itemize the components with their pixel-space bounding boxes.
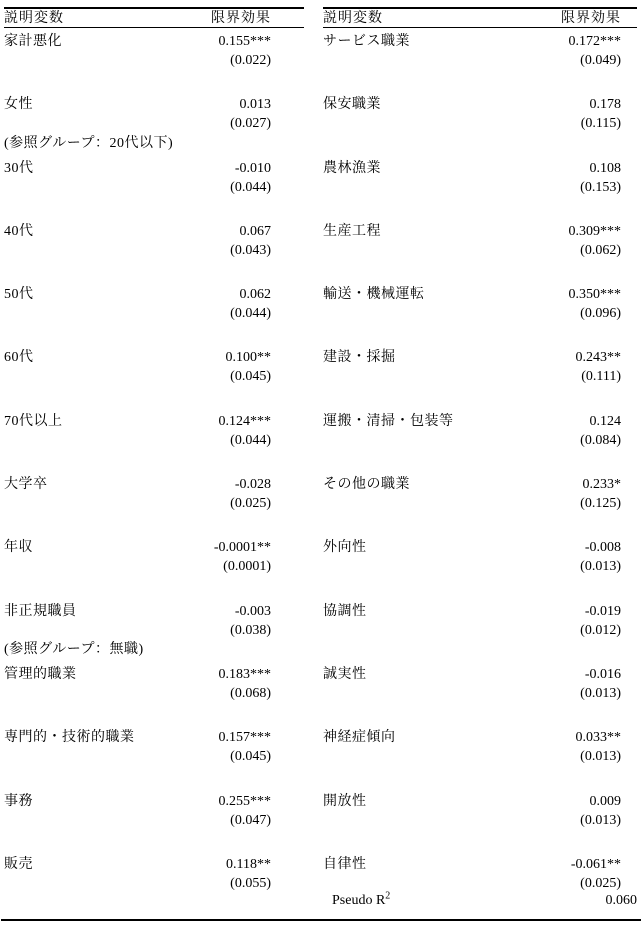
table-row: 大学卒-0.028(0.025) [4, 471, 304, 534]
row-se-line: (0.012) [323, 621, 637, 640]
row-value: -0.008 [585, 538, 621, 557]
table-row: 30代-0.010(0.044) [4, 155, 304, 218]
row-label: 販売 [4, 855, 226, 874]
row-value-line: 神経症傾向0.033** [323, 728, 637, 747]
row-se-line: (0.045) [4, 367, 304, 386]
pseudo-r2-value: 0.060 [606, 890, 638, 912]
table-row: 60代0.100**(0.045) [4, 344, 304, 407]
table-row: 50代0.062(0.044) [4, 281, 304, 344]
row-value-line: 専門的・技術的職業0.157*** [4, 728, 304, 747]
row-value-line: 運搬・清掃・包装等0.124 [323, 412, 637, 431]
table-row: 40代0.067(0.043) [4, 218, 304, 281]
row-value-line: 農林漁業0.108 [323, 159, 637, 178]
row-label: 生産工程 [323, 222, 569, 241]
row-value: -0.019 [585, 602, 621, 621]
row-value: 0.108 [590, 159, 622, 178]
row-value-line: 40代0.067 [4, 222, 304, 241]
row-standard-error: (0.013) [580, 747, 621, 766]
row-standard-error: (0.125) [580, 494, 621, 513]
row-standard-error: (0.013) [580, 557, 621, 576]
table-header-left: 説明変数 限界効果 [4, 7, 304, 28]
row-se-line: (0.013) [323, 747, 637, 766]
row-label: 誠実性 [323, 665, 585, 684]
row-value-line: 年収-0.0001** [4, 538, 304, 557]
row-value-line: 30代-0.010 [4, 159, 304, 178]
row-standard-error: (0.013) [580, 684, 621, 703]
table-row: 運搬・清掃・包装等0.124(0.084) [323, 408, 637, 471]
row-standard-error: (0.045) [230, 367, 271, 386]
row-se-line: (0.096) [323, 304, 637, 323]
results-table-right: 説明変数 限界効果 サービス職業0.172***(0.049)保安職業0.178… [323, 7, 637, 912]
row-label: 協調性 [323, 602, 585, 621]
row-value: -0.010 [235, 159, 271, 178]
row-label: 女性 [4, 95, 240, 114]
pseudo-r2-row: Pseudo R20.060 [323, 890, 637, 912]
row-standard-error: (0.111) [581, 367, 621, 386]
row-standard-error: (0.153) [580, 178, 621, 197]
row-value-line: 輸送・機械運転0.350*** [323, 285, 637, 304]
row-label: 保安職業 [323, 95, 590, 114]
row-label: 50代 [4, 285, 240, 304]
row-standard-error: (0.044) [230, 431, 271, 450]
row-value-line: 外向性-0.008 [323, 538, 637, 557]
row-value: -0.016 [585, 665, 621, 684]
row-label: 事務 [4, 792, 219, 811]
pseudo-r2-superscript: 2 [385, 891, 390, 902]
row-value-line: 70代以上0.124*** [4, 412, 304, 431]
row-standard-error: (0.068) [230, 684, 271, 703]
row-value: 0.309*** [569, 222, 622, 241]
table-row: 輸送・機械運転0.350***(0.096) [323, 281, 637, 344]
row-label: 年収 [4, 538, 214, 557]
row-standard-error: (0.044) [230, 304, 271, 323]
row-value-line: 生産工程0.309*** [323, 222, 637, 241]
row-value: -0.003 [235, 602, 271, 621]
row-se-line: (0.013) [323, 557, 637, 576]
row-value: -0.0001** [214, 538, 271, 557]
row-value-line: 協調性-0.019 [323, 602, 637, 621]
row-value: 0.124 [590, 412, 622, 431]
row-label: 60代 [4, 348, 226, 367]
table-row: 年収-0.0001**(0.0001) [4, 534, 304, 597]
row-se-line: (0.038) [4, 621, 304, 640]
table-row: 生産工程0.309***(0.062) [323, 218, 637, 281]
row-se-line: (0.115) [323, 114, 637, 133]
row-value-line: 女性0.013 [4, 95, 304, 114]
row-standard-error: (0.045) [230, 747, 271, 766]
row-label: 30代 [4, 159, 235, 178]
row-label: 外向性 [323, 538, 585, 557]
table-row: 70代以上0.124***(0.044) [4, 408, 304, 471]
row-label: 運搬・清掃・包装等 [323, 412, 590, 431]
row-standard-error: (0.0001) [223, 557, 271, 576]
table-row: 農林漁業0.108(0.153) [323, 155, 637, 218]
row-se-line: (0.013) [323, 811, 637, 830]
row-standard-error: (0.022) [230, 51, 271, 70]
row-se-line: (0.0001) [4, 557, 304, 576]
row-value: 0.172*** [569, 32, 622, 51]
row-value-line: 管理的職業0.183*** [4, 665, 304, 684]
row-se-line: (0.044) [4, 431, 304, 450]
table-body-left: 家計悪化0.155***(0.022)女性0.013(0.027)(参照グループ… [4, 28, 304, 914]
row-se-line: (0.153) [323, 178, 637, 197]
row-standard-error: (0.043) [230, 241, 271, 260]
row-value: 0.183*** [219, 665, 272, 684]
col-header-variable: 説明変数 [4, 8, 64, 29]
table-row: 保安職業0.178(0.115) [323, 91, 637, 154]
row-standard-error: (0.055) [230, 874, 271, 893]
row-standard-error: (0.084) [580, 431, 621, 450]
table-header-right: 説明変数 限界効果 [323, 7, 637, 28]
row-se-line: (0.047) [4, 811, 304, 830]
row-label: 非正規職員 [4, 602, 235, 621]
row-label: サービス職業 [323, 32, 569, 51]
table-row: サービス職業0.172***(0.049) [323, 28, 637, 91]
row-standard-error: (0.115) [581, 114, 621, 133]
row-se-line: (0.062) [323, 241, 637, 260]
table-row: 事務0.255***(0.047) [4, 788, 304, 851]
row-se-line: (0.125) [323, 494, 637, 513]
row-label: 70代以上 [4, 412, 219, 431]
row-value-line: サービス職業0.172*** [323, 32, 637, 51]
paper-table-page: 説明変数 限界効果 家計悪化0.155***(0.022)女性0.013(0.0… [0, 0, 642, 928]
row-standard-error: (0.038) [230, 621, 271, 640]
row-value-line: 建設・採掘0.243** [323, 348, 637, 367]
table-row: 神経症傾向0.033**(0.013) [323, 724, 637, 787]
row-se-line: (0.049) [323, 51, 637, 70]
row-standard-error: (0.025) [230, 494, 271, 513]
row-value: 0.118** [226, 855, 271, 874]
row-se-line: (0.027) [4, 114, 304, 133]
row-label: 農林漁業 [323, 159, 590, 178]
row-label: 開放性 [323, 792, 590, 811]
row-se-line: (0.084) [323, 431, 637, 450]
table-row: 協調性-0.019(0.012) [323, 598, 637, 661]
row-se-line: (0.111) [323, 367, 637, 386]
row-value: 0.067 [240, 222, 272, 241]
table-row: 家計悪化0.155***(0.022) [4, 28, 304, 91]
reference-group-note: (参照グループ：無職) [4, 639, 304, 661]
row-standard-error: (0.049) [580, 51, 621, 70]
row-se-line: (0.045) [4, 747, 304, 766]
table-row: 専門的・技術的職業0.157***(0.045) [4, 724, 304, 787]
row-standard-error: (0.027) [230, 114, 271, 133]
row-value-line: 開放性0.009 [323, 792, 637, 811]
row-value: 0.124*** [219, 412, 272, 431]
row-value: -0.028 [235, 475, 271, 494]
row-se-line: (0.055) [4, 874, 304, 893]
reference-group-note: (参照グループ：20代以下) [4, 133, 304, 155]
row-label: 専門的・技術的職業 [4, 728, 219, 747]
row-label: 自律性 [323, 855, 571, 874]
row-se-line: (0.022) [4, 51, 304, 70]
row-standard-error: (0.044) [230, 178, 271, 197]
table-bottom-rule [1, 919, 641, 921]
table-row: 管理的職業0.183***(0.068) [4, 661, 304, 724]
col-header-variable: 説明変数 [323, 8, 383, 29]
row-value: 0.178 [590, 95, 622, 114]
row-label: 管理的職業 [4, 665, 219, 684]
table-row: 誠実性-0.016(0.013) [323, 661, 637, 724]
row-value-line: 60代0.100** [4, 348, 304, 367]
row-label: その他の職業 [323, 475, 583, 494]
row-label: 輸送・機械運転 [323, 285, 569, 304]
row-value-line: 家計悪化0.155*** [4, 32, 304, 51]
row-standard-error: (0.012) [580, 621, 621, 640]
row-value-line: 誠実性-0.016 [323, 665, 637, 684]
row-se-line: (0.044) [4, 304, 304, 323]
row-se-line: (0.013) [323, 684, 637, 703]
row-label: 40代 [4, 222, 240, 241]
row-value: 0.350*** [569, 285, 622, 304]
row-value: 0.243** [576, 348, 622, 367]
row-value: 0.255*** [219, 792, 272, 811]
row-se-line: (0.044) [4, 178, 304, 197]
row-value-line: 販売0.118** [4, 855, 304, 874]
row-value-line: その他の職業0.233* [323, 475, 637, 494]
row-value: 0.033** [576, 728, 622, 747]
col-header-marginal-effect: 限界効果 [211, 8, 271, 29]
pseudo-r2-label: Pseudo R2 [332, 890, 606, 912]
row-value: -0.061** [571, 855, 621, 874]
row-se-line: (0.043) [4, 241, 304, 260]
row-value: 0.157*** [219, 728, 272, 747]
row-value: 0.062 [240, 285, 272, 304]
row-label: 大学卒 [4, 475, 235, 494]
row-value: 0.155*** [219, 32, 272, 51]
results-table-left: 説明変数 限界効果 家計悪化0.155***(0.022)女性0.013(0.0… [4, 7, 304, 914]
row-label: 建設・採掘 [323, 348, 576, 367]
row-value: 0.233* [583, 475, 622, 494]
row-value: 0.009 [590, 792, 622, 811]
row-value: 0.013 [240, 95, 272, 114]
table-row: 開放性0.009(0.013) [323, 788, 637, 851]
row-standard-error: (0.096) [580, 304, 621, 323]
row-value-line: 50代0.062 [4, 285, 304, 304]
row-value-line: 自律性-0.061** [323, 855, 637, 874]
table-row: 販売0.118**(0.055) [4, 851, 304, 914]
col-header-marginal-effect: 限界効果 [561, 8, 621, 29]
table-row: 外向性-0.008(0.013) [323, 534, 637, 597]
row-value: 0.100** [226, 348, 272, 367]
row-value-line: 保安職業0.178 [323, 95, 637, 114]
row-label: 神経症傾向 [323, 728, 576, 747]
table-row: その他の職業0.233*(0.125) [323, 471, 637, 534]
row-value-line: 事務0.255*** [4, 792, 304, 811]
row-value-line: 非正規職員-0.003 [4, 602, 304, 621]
row-se-line: (0.068) [4, 684, 304, 703]
row-standard-error: (0.047) [230, 811, 271, 830]
row-se-line: (0.025) [4, 494, 304, 513]
row-value-line: 大学卒-0.028 [4, 475, 304, 494]
row-label: 家計悪化 [4, 32, 219, 51]
row-standard-error: (0.062) [580, 241, 621, 260]
row-standard-error: (0.013) [580, 811, 621, 830]
table-body-right: サービス職業0.172***(0.049)保安職業0.178(0.115)農林漁… [323, 28, 637, 912]
table-row: 建設・採掘0.243**(0.111) [323, 344, 637, 407]
